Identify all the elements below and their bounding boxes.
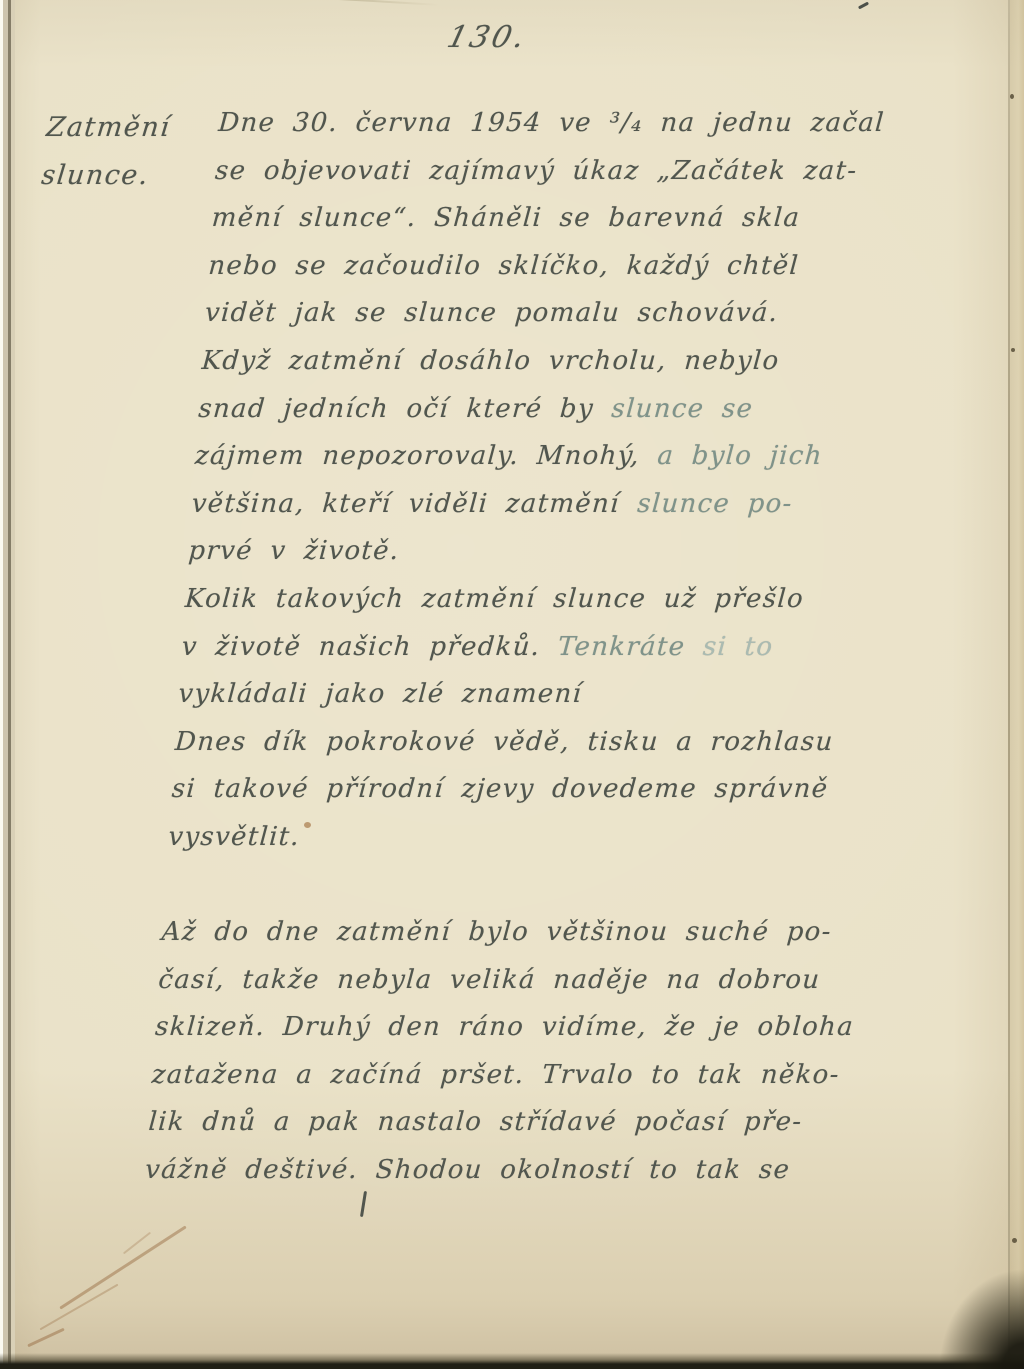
manuscript-line: Dnes dík pokrokové vědě, tisku a rozhlas… <box>173 719 896 767</box>
paper-stain <box>27 1328 65 1348</box>
manuscript-line: zájmem nepozorovaly. Mnohý, a bylo jich <box>193 433 916 481</box>
manuscript-segment: sklizeň. Druhý den ráno vidíme, že je ob… <box>154 1012 855 1042</box>
manuscript-segment: se objevovati zajímavý úkaz „Začátek zat… <box>214 156 858 186</box>
manuscript-line: vidět jak se slunce pomalu schovává. <box>203 290 926 338</box>
paper-speck <box>1012 1238 1017 1243</box>
paper-speck <box>1011 348 1015 352</box>
page-top-edge-line <box>1 0 440 6</box>
manuscript-segment: vykládali jako zlé znamení <box>177 679 583 709</box>
manuscript-segment: mění slunce“. Sháněli se barevná skla <box>211 203 802 233</box>
paper-stain <box>40 1284 119 1331</box>
manuscript-segment: slunce se <box>593 394 754 424</box>
manuscript-segment: časí, takže nebyla veliká naděje na dobr… <box>157 965 821 995</box>
paper-stain <box>59 1225 186 1309</box>
manuscript-line: mění slunce“. Sháněli se barevná skla <box>210 195 933 243</box>
book-binding-left-edge <box>0 0 15 1369</box>
manuscript-line: prvé v životě. <box>187 528 910 576</box>
manuscript-segment: slunce po- <box>619 489 794 519</box>
manuscript-line: lik dnů a pak nastalo střídavé počasí př… <box>147 1099 870 1147</box>
manuscript-line: snad jedních očí které by slunce se <box>197 386 920 434</box>
manuscript-line <box>163 862 886 910</box>
stray-ink-mark <box>858 2 869 10</box>
manuscript-segment: lik dnů a pak nastalo střídavé počasí př… <box>147 1107 803 1137</box>
manuscript-segment: Dne 30. června 1954 ve ³/₄ na jednu zača… <box>217 108 885 138</box>
manuscript-segment: a bylo jich <box>639 441 824 471</box>
manuscript-segment: Dnes dík pokrokové vědě, tisku a rozhlas… <box>174 727 835 757</box>
margin-note: Zatmění slunce. <box>39 104 173 200</box>
page-number: 130. <box>444 20 532 55</box>
manuscript-segment: zájmem nepozorovaly. Mnohý, <box>194 441 641 471</box>
manuscript-segment: Až do dne zatmění bylo většinou suché po… <box>161 917 833 947</box>
manuscript-line: sklizeň. Druhý den ráno vidíme, že je ob… <box>153 1004 876 1052</box>
manuscript-line: se objevovati zajímavý úkaz „Začátek zat… <box>213 148 936 196</box>
manuscript-segment: prvé v životě. <box>187 536 400 566</box>
manuscript-segment: nebo se začoudilo sklíčko, každý chtěl <box>207 251 800 281</box>
bottom-right-corner-shadow <box>914 1219 1024 1369</box>
manuscript-segment: většina, kteří viděli zatmění <box>191 489 621 519</box>
manuscript-line: Dne 30. června 1954 ve ³/₄ na jednu zača… <box>217 100 940 148</box>
page-bottom-edge <box>0 1353 1024 1369</box>
manuscript-segment: snad jedních očí které by <box>197 394 595 424</box>
manuscript-segment: vážně deštivé. Shodou okolností to tak s… <box>144 1155 791 1185</box>
manuscript-segment: Tenkráte <box>539 632 686 662</box>
manuscript-line: Když zatmění dosáhlo vrcholu, nebylo <box>200 338 923 386</box>
chronicle-page: 130. Zatmění slunce. Dne 30. června 1954… <box>0 0 1024 1369</box>
manuscript-segment: v životě našich předků. <box>181 632 542 662</box>
manuscript-line: většina, kteří viděli zatmění slunce po- <box>190 481 913 529</box>
manuscript-line: vážně deštivé. Shodou okolností to tak s… <box>143 1147 866 1195</box>
manuscript-segment: vysvětlit. <box>167 822 301 852</box>
manuscript-segment: vidět jak se slunce pomalu schovává. <box>204 298 779 328</box>
page-right-edge-line <box>1008 0 1010 1369</box>
paper-speck <box>1010 94 1014 99</box>
manuscript-text: Dne 30. června 1954 ve ³/₄ na jednu zača… <box>143 100 940 1195</box>
page-right-under-edge <box>1010 0 1024 1369</box>
margin-note-line: slunce. <box>39 152 168 200</box>
manuscript-segment: si to <box>684 632 774 662</box>
manuscript-line: v životě našich předků. Tenkráte si to <box>180 624 903 672</box>
manuscript-line: zatažena a začíná pršet. Trvalo to tak n… <box>150 1052 873 1100</box>
manuscript-line: si takové přírodní zjevy dovedeme správn… <box>170 766 893 814</box>
manuscript-line: vykládali jako zlé znamení <box>177 671 900 719</box>
pen-stroke-mark <box>360 1191 367 1217</box>
manuscript-line: Kolik takových zatmění slunce už přešlo <box>183 576 906 624</box>
margin-note-line: Zatmění <box>44 104 173 152</box>
manuscript-line: nebo se začoudilo sklíčko, každý chtěl <box>207 243 930 291</box>
manuscript-segment: Kolik takových zatmění slunce už přešlo <box>184 584 805 614</box>
manuscript-line: časí, takže nebyla veliká naděje na dobr… <box>157 957 880 1005</box>
manuscript-segment: zatažena a začíná pršet. Trvalo to tak n… <box>151 1060 841 1090</box>
manuscript-segment: Když zatmění dosáhlo vrcholu, nebylo <box>201 346 781 376</box>
manuscript-line: vysvětlit. <box>167 814 890 862</box>
manuscript-line: Až do dne zatmění bylo většinou suché po… <box>160 909 883 957</box>
manuscript-segment: si takové přírodní zjevy dovedeme správn… <box>171 774 830 804</box>
